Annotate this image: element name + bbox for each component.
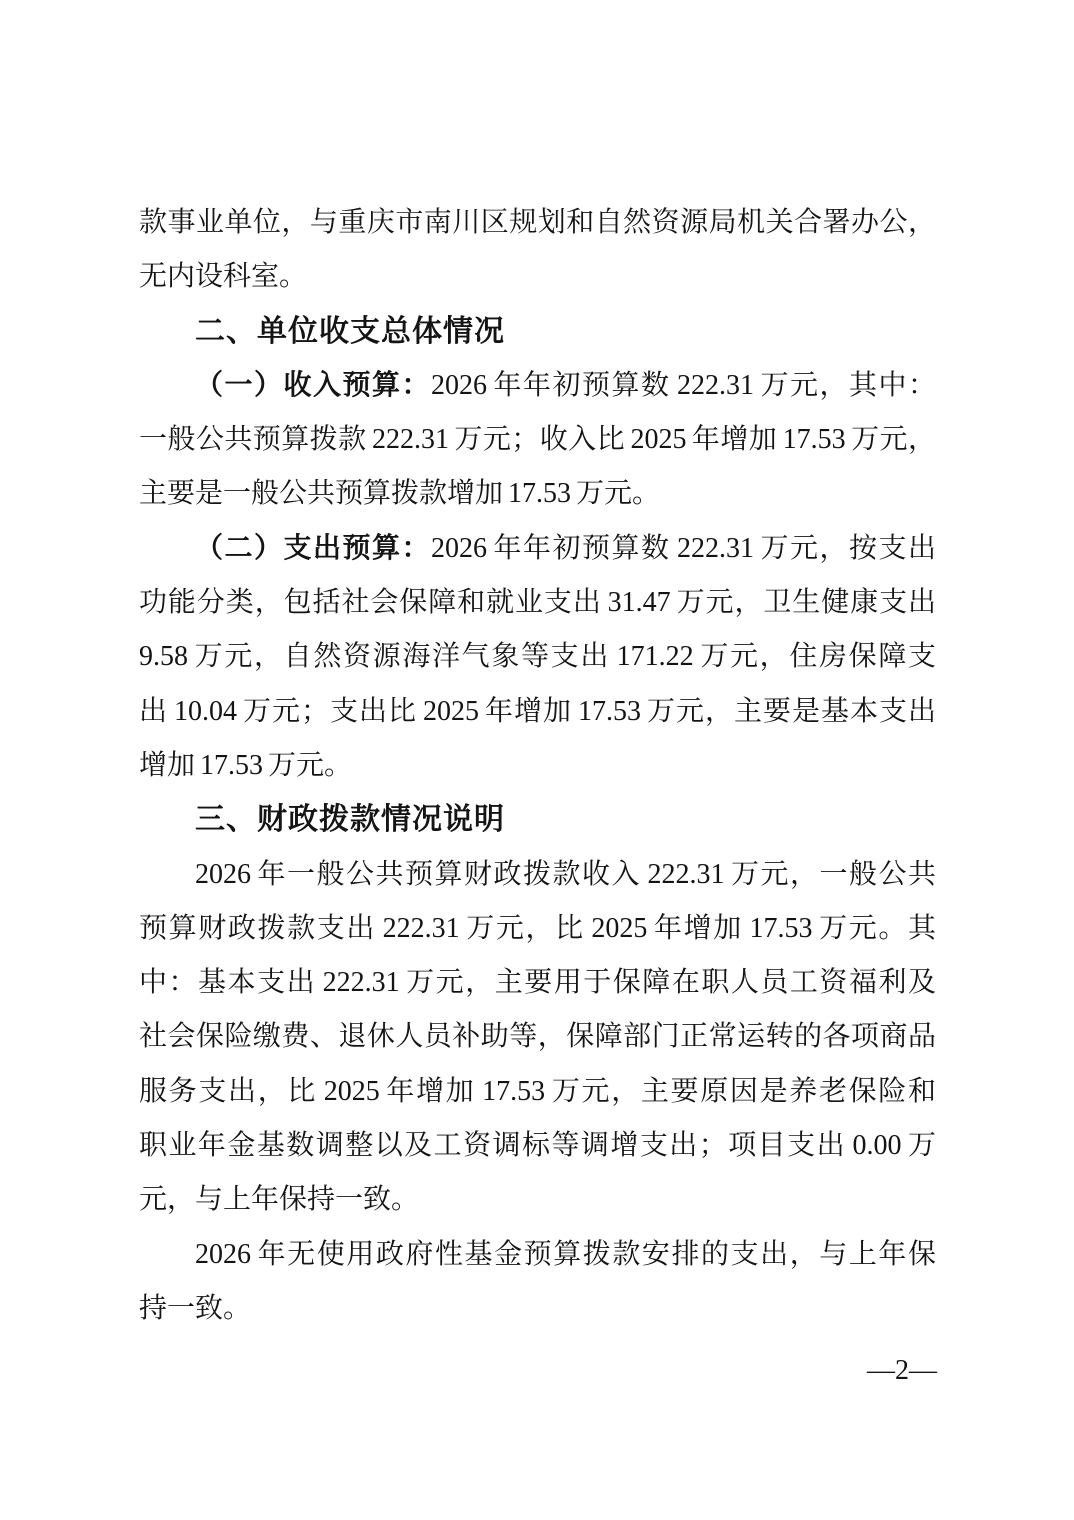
text-segment-lead: （二）支出预算： (195, 533, 431, 564)
text-line: 服务支出，比 2025 年增加 17.53 万元，主要原因是养老保险和 (139, 1065, 936, 1119)
text-segment-body: 预算财政拨款支出 222.31 万元，比 2025 年增加 17.53 万元。其 (139, 913, 936, 944)
text-segment-heading: 二、单位收支总体情况 (195, 315, 505, 348)
text-segment-body: 2026 年年初预算数 222.31 万元，其中： (431, 370, 936, 401)
text-segment-body: 功能分类，包括社会保障和就业支出 31.47 万元，卫生健康支出 (139, 587, 936, 618)
text-segment-body: 主要是一般公共预算拨款增加 17.53 万元。 (139, 478, 660, 509)
text-segment-body: 持一致。 (139, 1293, 251, 1324)
text-line: 9.58 万元，自然资源海洋气象等支出 171.22 万元，住房保障支 (139, 630, 936, 684)
text-line: 元，与上年保持一致。 (139, 1173, 936, 1227)
text-line: 功能分类，包括社会保障和就业支出 31.47 万元，卫生健康支出 (139, 576, 936, 630)
document-body: 款事业单位，与重庆市南川区规划和自然资源局机关合署办公，无内设科室。二、单位收支… (139, 196, 936, 1336)
text-segment-body: 增加 17.53 万元。 (139, 750, 352, 781)
text-segment-body: 2026 年一般公共预算财政拨款收入 222.31 万元，一般公共 (195, 859, 936, 890)
section-heading: 二、单位收支总体情况 (139, 305, 936, 359)
text-line: 社会保险缴费、退休人员补助等，保障部门正常运转的各项商品 (139, 1010, 936, 1064)
text-segment-body: 2026 年年初预算数 222.31 万元，按支出 (431, 533, 936, 564)
text-line: 2026 年无使用政府性基金预算拨款安排的支出，与上年保 (139, 1228, 936, 1282)
text-segment-lead: （一）收入预算： (195, 370, 431, 401)
text-line: 2026 年一般公共预算财政拨款收入 222.31 万元，一般公共 (139, 848, 936, 902)
document-page: 款事业单位，与重庆市南川区规划和自然资源局机关合署办公，无内设科室。二、单位收支… (0, 0, 1074, 1520)
text-line: （二）支出预算：2026 年年初预算数 222.31 万元，按支出 (139, 522, 936, 576)
text-line: 职业年金基数调整以及工资调标等调增支出；项目支出 0.00 万 (139, 1119, 936, 1173)
text-line: 款事业单位，与重庆市南川区规划和自然资源局机关合署办公， (139, 196, 936, 250)
text-line: 中：基本支出 222.31 万元，主要用于保障在职人员工资福利及 (139, 956, 936, 1010)
text-segment-body: 元，与上年保持一致。 (139, 1184, 419, 1215)
text-line: 一般公共预算拨款 222.31 万元；收入比 2025 年增加 17.53 万元… (139, 413, 936, 467)
text-line: 持一致。 (139, 1282, 936, 1336)
text-segment-body: 社会保险缴费、退休人员补助等，保障部门正常运转的各项商品 (139, 1021, 936, 1052)
text-segment-body: 一般公共预算拨款 222.31 万元；收入比 2025 年增加 17.53 万元… (139, 424, 936, 455)
text-segment-body: 款事业单位，与重庆市南川区规划和自然资源局机关合署办公， (139, 207, 936, 238)
text-segment-body: 无内设科室。 (139, 261, 307, 292)
text-line: 主要是一般公共预算拨款增加 17.53 万元。 (139, 467, 936, 521)
text-line: 出 10.04 万元；支出比 2025 年增加 17.53 万元，主要是基本支出 (139, 685, 936, 739)
text-line: 预算财政拨款支出 222.31 万元，比 2025 年增加 17.53 万元。其 (139, 902, 936, 956)
text-segment-body: 服务支出，比 2025 年增加 17.53 万元，主要原因是养老保险和 (139, 1076, 936, 1107)
text-segment-heading: 三、财政拨款情况说明 (195, 803, 505, 836)
text-line: 增加 17.53 万元。 (139, 739, 936, 793)
text-line: 无内设科室。 (139, 250, 936, 304)
text-segment-body: 职业年金基数调整以及工资调标等调增支出；项目支出 0.00 万 (139, 1130, 936, 1161)
text-line: （一）收入预算：2026 年年初预算数 222.31 万元，其中： (139, 359, 936, 413)
text-segment-body: 9.58 万元，自然资源海洋气象等支出 171.22 万元，住房保障支 (139, 641, 936, 672)
text-segment-body: 出 10.04 万元；支出比 2025 年增加 17.53 万元，主要是基本支出 (139, 696, 936, 727)
text-segment-body: 中：基本支出 222.31 万元，主要用于保障在职人员工资福利及 (139, 967, 936, 998)
section-heading: 三、财政拨款情况说明 (139, 793, 936, 847)
page-number: —2— (867, 1351, 937, 1391)
text-segment-body: 2026 年无使用政府性基金预算拨款安排的支出，与上年保 (195, 1239, 936, 1270)
